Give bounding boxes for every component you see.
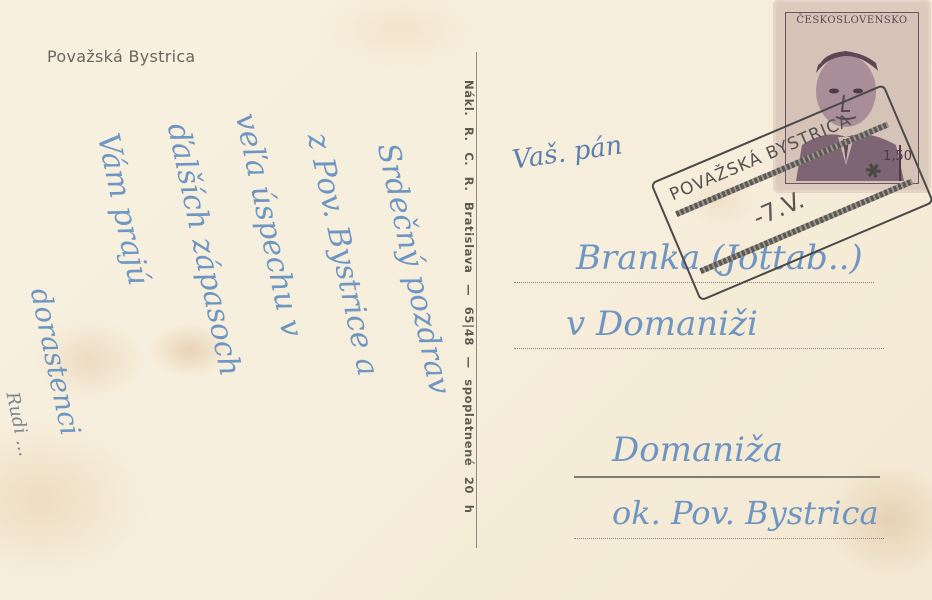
address-line-2: v Domaniži <box>566 304 758 344</box>
address-line-3: Domaniža <box>612 430 783 470</box>
postmark-town: POVAŽSKÁ BYSTRICA <box>667 110 855 205</box>
address-line-2-rule <box>514 348 884 349</box>
address-line-4-rule <box>574 538 884 539</box>
star-icon: ✱ <box>861 156 886 185</box>
publisher-imprint: Nákl. R. C. R. Bratislava — 65|48 — spop… <box>456 80 478 540</box>
signature: Rudi ... <box>1 390 35 458</box>
salutation: Vaš. pán <box>510 130 624 175</box>
publisher-text: Nákl. R. C. R. Bratislava — 65|48 — spop… <box>462 80 476 513</box>
message-line-5: Vám prajú <box>90 130 156 289</box>
postcard-back: Považská Bystrica Nákl. R. C. R. Bratisl… <box>0 0 932 600</box>
message-line-4: ďalších zápasoch <box>160 120 248 379</box>
address-line-4: ok. Pov. Bystrica <box>612 494 879 532</box>
message-line-2: z Pov. Bystrice a <box>300 130 386 379</box>
stamp-country: ČESKOSLOVENSKO <box>786 15 918 26</box>
message-line-3: veľa úspechu v <box>228 110 310 340</box>
printed-title: Považská Bystrica <box>47 47 196 66</box>
message-line-6: dorastenci <box>24 285 87 438</box>
address-line-3-rule <box>574 476 880 478</box>
